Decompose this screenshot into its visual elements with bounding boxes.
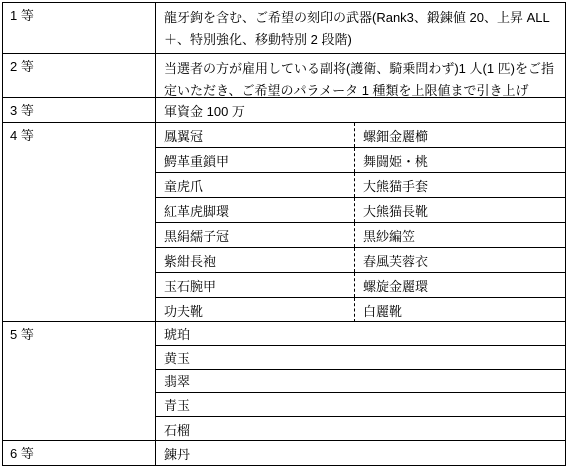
prize-item: 青玉	[156, 393, 565, 416]
tier-2-description: 当選者の方が雇用している副将(護衛、騎乗問わず)1 人(1 匹)をご指 定いただ…	[156, 54, 565, 97]
tier-row-1: 1 等 龍牙鉤を含む、ご希望の刻印の武器(Rank3、鍛錬値 20、上昇 ALL…	[3, 3, 565, 54]
tier-row-4: 4 等 鳳翼冠 螺鈿金麗櫛 鰐革重鎖甲 舞闘姫・桃 童虎爪 大熊猫手套 紅革虎脚…	[3, 123, 565, 322]
tier-row-6: 6 等 錬丹	[3, 441, 565, 465]
prize-item-left: 玉石腕甲	[156, 273, 355, 297]
prize-pair-row: 鳳翼冠 螺鈿金麗櫛	[156, 123, 565, 148]
prize-item-left: 功夫靴	[156, 298, 355, 322]
tier-row-3: 3 等 軍資金 100 万	[3, 98, 565, 123]
prize-item-row: 翡翠	[156, 370, 565, 394]
prize-item-left: 鳳翼冠	[156, 123, 355, 147]
prize-pair-row: 黒絹繻子冠 黒紗編笠	[156, 223, 565, 248]
prize-item-right: 大熊猫手套	[355, 173, 565, 197]
tier-label-1: 1 等	[3, 3, 156, 53]
tier-label-3: 3 等	[3, 98, 156, 122]
prize-item: 琥珀	[156, 322, 565, 345]
prize-item-right: 春風芙蓉衣	[355, 248, 565, 272]
prize-item-row: 黄玉	[156, 346, 565, 370]
prize-item-right: 白麗靴	[355, 298, 565, 322]
tier-label-6: 6 等	[3, 441, 156, 465]
prize-item-right: 黒紗編笠	[355, 223, 565, 247]
prize-item-row: 青玉	[156, 393, 565, 417]
prize-item: 石榴	[156, 417, 565, 441]
prize-item-right: 舞闘姫・桃	[355, 148, 565, 172]
prize-pair-row: 功夫靴 白麗靴	[156, 298, 565, 322]
prize-item-left: 紅革虎脚環	[156, 198, 355, 222]
prize-item-right: 螺鈿金麗櫛	[355, 123, 565, 147]
prize-pair-row: 紫紺長袍 春風芙蓉衣	[156, 248, 565, 273]
prize-item: 翡翠	[156, 370, 565, 393]
prize-pair-row: 紅革虎脚環 大熊猫長靴	[156, 198, 565, 223]
prize-item: 黄玉	[156, 346, 565, 369]
prize-item-left: 鰐革重鎖甲	[156, 148, 355, 172]
tier-row-5: 5 等 琥珀 黄玉 翡翠 青玉 石榴	[3, 322, 565, 441]
tier-label-4: 4 等	[3, 123, 156, 321]
prize-item-row: 石榴	[156, 417, 565, 441]
tier-label-2: 2 等	[3, 54, 156, 97]
prize-item-row: 琥珀	[156, 322, 565, 346]
prize-pair-row: 玉石腕甲 螺旋金麗環	[156, 273, 565, 298]
tier-3-description: 軍資金 100 万	[156, 98, 565, 122]
prize-pair-row: 童虎爪 大熊猫手套	[156, 173, 565, 198]
tier-row-2: 2 等 当選者の方が雇用している副将(護衛、騎乗問わず)1 人(1 匹)をご指 …	[3, 54, 565, 98]
prize-item-right: 螺旋金麗環	[355, 273, 565, 297]
prize-pair-row: 鰐革重鎖甲 舞闘姫・桃	[156, 148, 565, 173]
tier-label-5: 5 等	[3, 322, 156, 440]
prize-item-left: 童虎爪	[156, 173, 355, 197]
tier-1-description: 龍牙鉤を含む、ご希望の刻印の武器(Rank3、鍛錬値 20、上昇 ALL ＋、特…	[156, 3, 565, 53]
prize-item-left: 黒絹繻子冠	[156, 223, 355, 247]
prize-item: 錬丹	[156, 441, 565, 465]
prize-item-right: 大熊猫長靴	[355, 198, 565, 222]
prize-item-left: 紫紺長袍	[156, 248, 355, 272]
prize-table: 1 等 龍牙鉤を含む、ご希望の刻印の武器(Rank3、鍛錬値 20、上昇 ALL…	[2, 2, 566, 466]
